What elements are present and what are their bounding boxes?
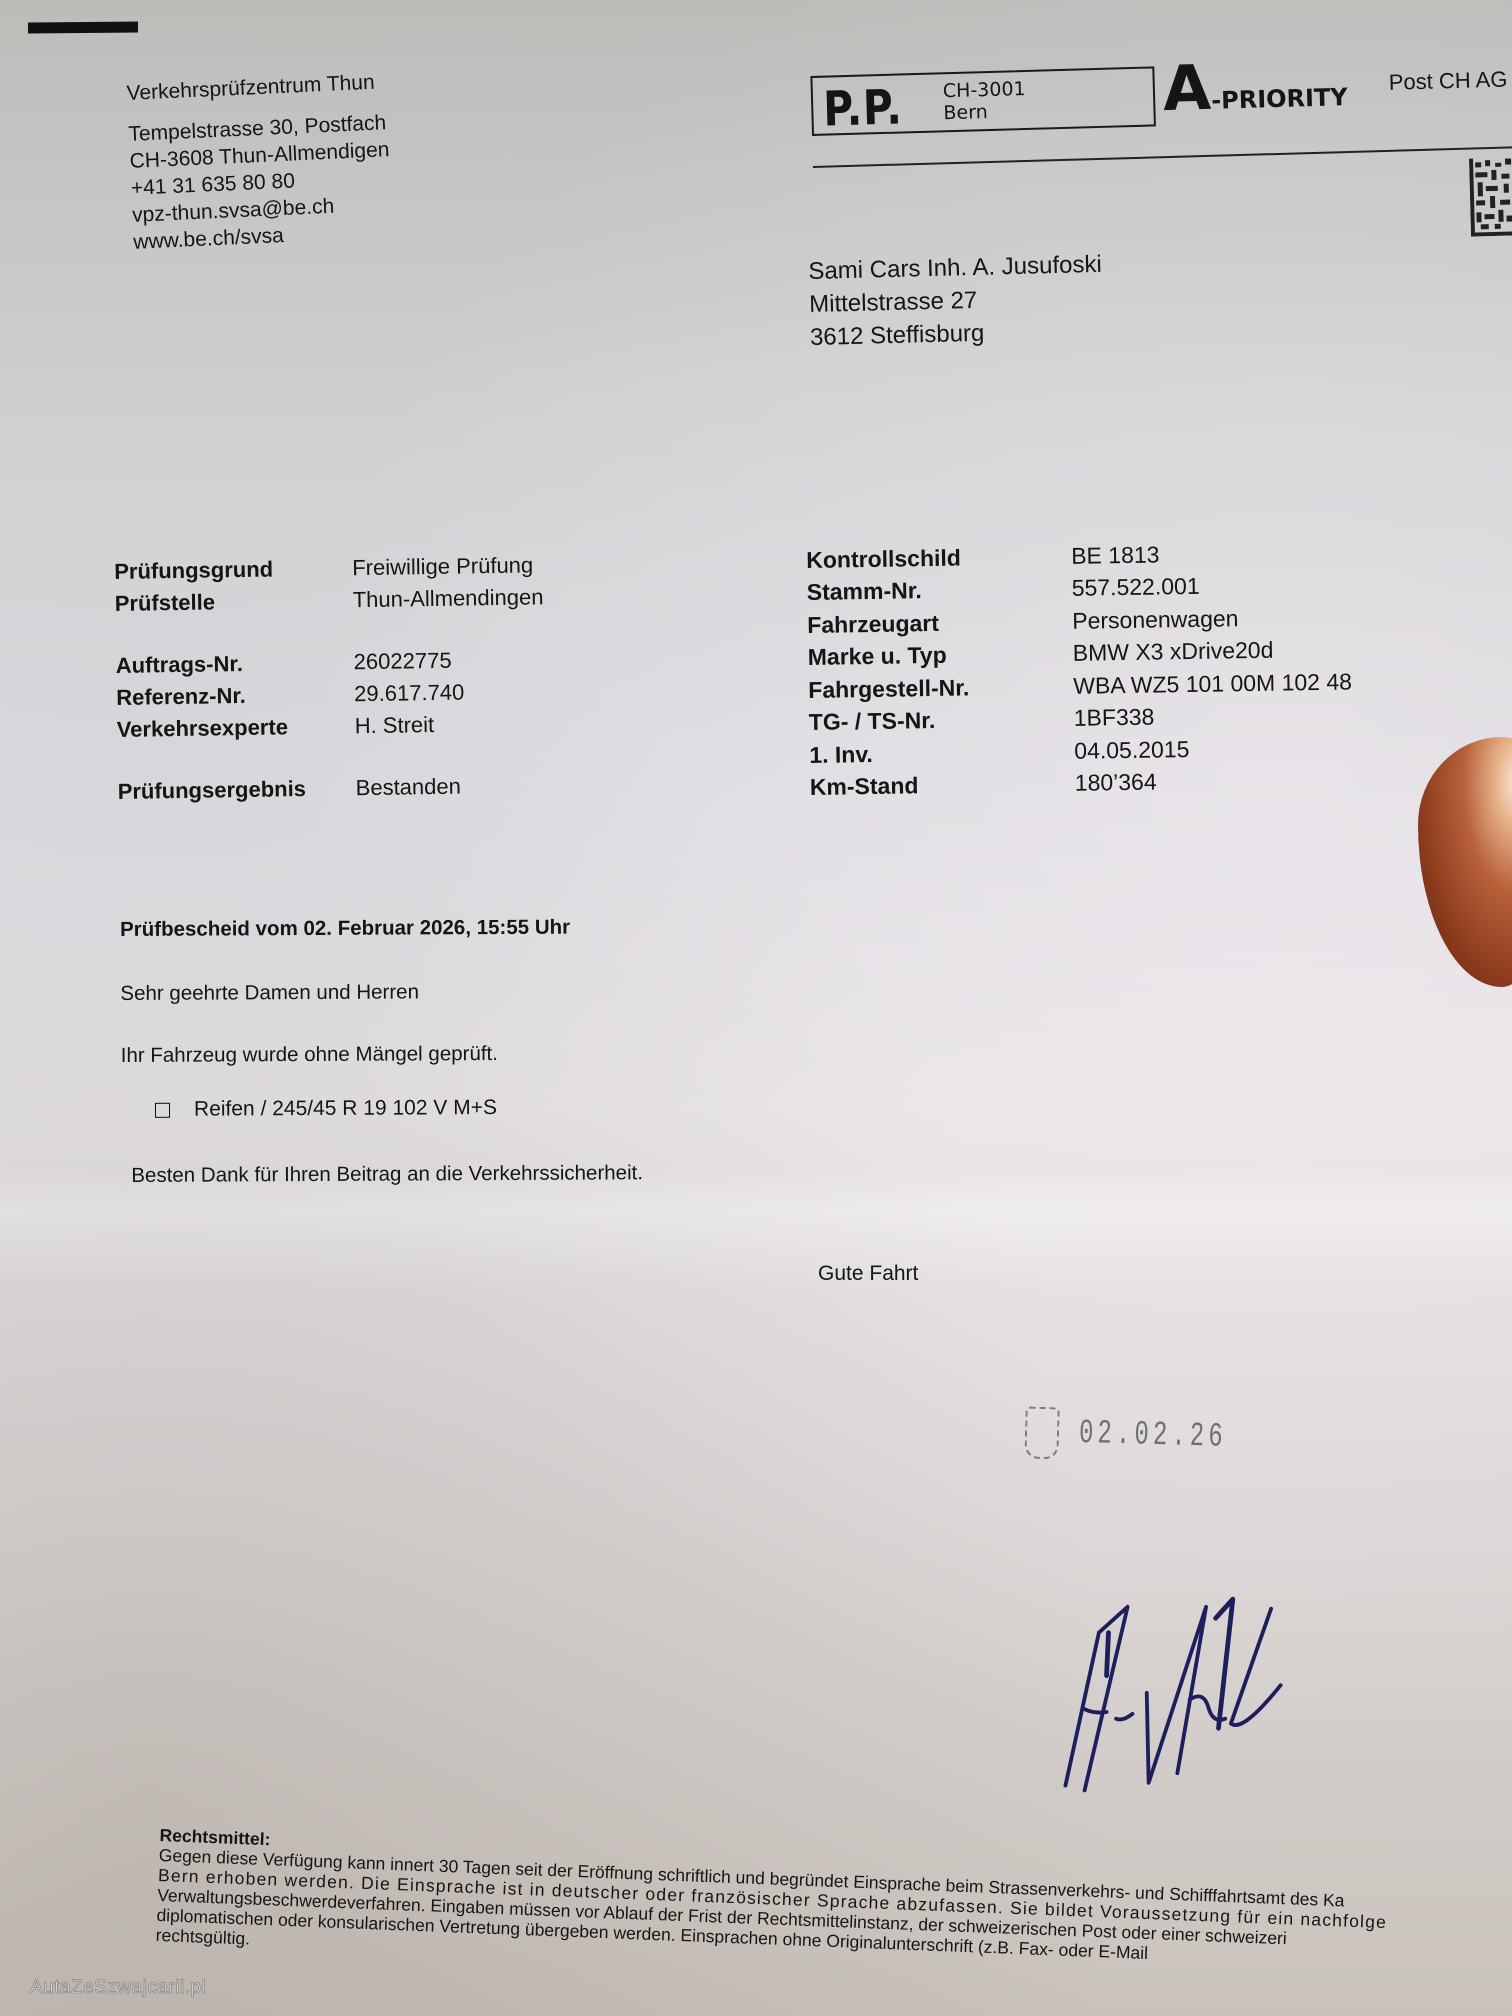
vehicle-label: Fahrgestell-Nr. <box>808 673 1073 704</box>
thanks-text: Besten Dank für Ihren Beitrag an die Ver… <box>131 1161 643 1188</box>
checkbox-icon <box>155 1102 170 1117</box>
vehicle-label: Stamm-Nr. <box>807 575 1072 606</box>
vehicle-value: BE 1813 <box>1071 541 1160 569</box>
carrier-name: Post CH AG <box>1388 67 1507 96</box>
pp-city: Bern <box>943 100 1026 124</box>
tire-item: Reifen / 245/45 R 19 102 V M+S <box>155 1095 643 1122</box>
detail-value: 26022775 <box>353 648 451 676</box>
inspection-details: PrüfungsgrundFreiwillige Prüfung Prüfste… <box>114 549 547 808</box>
sender-organization: Verkehrsprüfzentrum Thun <box>126 68 387 107</box>
handwritten-signature <box>1040 1580 1330 1800</box>
tire-spec: Reifen / 245/45 R 19 102 V M+S <box>194 1096 497 1122</box>
detail-label: Prüfungsgrund <box>114 555 352 585</box>
vehicle-value: 557.522.001 <box>1072 573 1200 602</box>
vehicle-details: KontrollschildBE 1813 Stamm-Nr.557.522.0… <box>806 535 1354 804</box>
stamp-date: 02.02.26 <box>1079 1415 1228 1457</box>
detail-value: 29.617.740 <box>354 680 465 708</box>
pp-origin: CH-3001 Bern <box>943 78 1027 124</box>
vehicle-value: 04.05.2015 <box>1074 736 1190 765</box>
pp-postcode: CH-3001 <box>943 78 1026 102</box>
pp-mark: P.P. <box>823 79 904 137</box>
vehicle-label: Kontrollschild <box>806 543 1071 574</box>
priority-text: -PRIORITY <box>1211 83 1348 115</box>
letter-body: Prüfbescheid vom 02. Februar 2026, 15:55… <box>120 915 643 1188</box>
pp-franking-box: P.P. CH-3001 Bern <box>810 66 1156 136</box>
result-text: Ihr Fahrzeug wurde ohne Mängel geprüft. <box>121 1041 643 1068</box>
detail-value: Thun-Allmendingen <box>353 584 544 613</box>
vehicle-value: 1BF338 <box>1074 704 1155 732</box>
detail-value: Freiwillige Prüfung <box>352 552 533 581</box>
priority-letter: A <box>1162 51 1212 125</box>
bern-crest-icon <box>1024 1407 1059 1460</box>
vehicle-label: Fahrzeugart <box>807 608 1072 639</box>
vehicle-value: 180’364 <box>1075 769 1157 797</box>
detail-row-result: PrüfungsergebnisBestanden <box>117 769 546 808</box>
vehicle-value: BMW X3 xDrive20d <box>1073 637 1274 667</box>
date-stamp: 02.02.26 <box>1024 1407 1291 1466</box>
vehicle-label: Marke u. Typ <box>808 640 1073 671</box>
salutation: Sehr geehrte Damen und Herren <box>120 979 642 1006</box>
fold-mark <box>28 22 138 34</box>
vehicle-value: WBA WZ5 101 00M 102 48 <box>1073 668 1352 699</box>
vehicle-label: TG- / TS-Nr. <box>809 705 1074 736</box>
fingertip <box>1418 737 1512 987</box>
detail-label: Prüfstelle <box>115 587 353 617</box>
a-priority-mark: A-PRIORITY <box>1162 47 1348 125</box>
result-value: Bestanden <box>355 774 461 802</box>
detail-label: Prüfungsergebnis <box>118 775 356 805</box>
decision-heading: Prüfbescheid vom 02. Februar 2026, 15:55… <box>120 915 642 942</box>
recipient-address: Sami Cars Inh. A. Jusufoski Mittelstrass… <box>808 248 1104 354</box>
detail-label: Referenz-Nr. <box>116 681 354 711</box>
postage-header: P.P. CH-3001 Bern A-PRIORITY Post CH AG <box>810 42 1512 172</box>
closing-greeting: Gute Fahrt <box>818 1262 918 1286</box>
legal-remedy-notice: Rechtsmittel: Gegen diese Verfügung kann… <box>155 1825 1512 2002</box>
detail-value: H. Streit <box>354 712 434 739</box>
watermark: AutaZeSzwajcarii.pl <box>30 1977 206 1999</box>
vehicle-label: Km-Stand <box>810 770 1075 801</box>
sender-block: Verkehrsprüfzentrum Thun Tempelstrasse 3… <box>126 68 394 256</box>
vehicle-value: Personenwagen <box>1072 605 1239 635</box>
address-window-line <box>813 146 1512 168</box>
datamatrix-barcode-icon <box>1469 157 1512 236</box>
recipient-city: 3612 Steffisburg <box>810 314 1104 354</box>
vehicle-label: 1. Inv. <box>809 738 1074 769</box>
detail-label: Verkehrsexperte <box>117 713 355 743</box>
detail-label: Auftrags-Nr. <box>116 649 354 679</box>
